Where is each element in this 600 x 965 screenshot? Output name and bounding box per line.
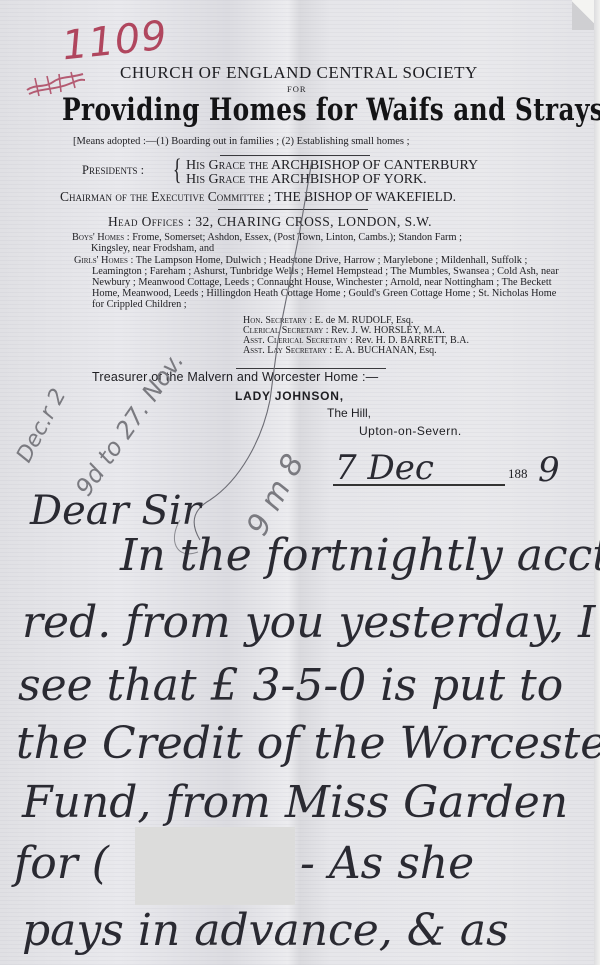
secretary-name: E. A. BUCHANAN, Esq.	[335, 345, 437, 356]
body-line: for (	[14, 838, 109, 889]
chairman-label: Chairman of the Executive Committee ;	[60, 189, 271, 204]
girls-homes: Girls' Homes : The Lampson Home, Dulwich…	[74, 255, 562, 310]
date-underline	[333, 484, 505, 486]
body-line: the Credit of the Worcestershire	[16, 718, 600, 769]
body-line: see that £ 3-5-0 is put to	[18, 660, 563, 711]
pencil-note-date: Dec.r 2	[12, 385, 71, 467]
secretary-row: Asst. Lay Secretary : E. A. BUCHANAN, Es…	[243, 346, 469, 356]
pencil-note-middle: 9 m 8	[240, 449, 312, 542]
boys-homes-list: Frome, Somerset; Ashdon, Essex, (Post To…	[132, 232, 462, 243]
redaction-box	[135, 827, 295, 905]
girls-homes-label: Girls' Homes :	[74, 255, 133, 266]
brace-icon: {	[173, 155, 182, 185]
secretary-label: Asst. Lay Secretary :	[243, 345, 332, 356]
divider	[220, 155, 370, 156]
letter-date-handwritten: 7 Dec	[335, 448, 434, 488]
secretaries-list: Hon. Secretary : E. de M. RUDOLF, Esq. C…	[243, 316, 469, 356]
year-printed: 188	[508, 466, 528, 482]
girls-homes-list: The Lampson Home, Dulwich ; Headstone Dr…	[92, 255, 559, 310]
divider	[218, 209, 368, 210]
head-offices: Head Offices : 32, CHARING CROSS, LONDON…	[108, 214, 432, 230]
treasurer-name: LADY JOHNSON,	[235, 389, 344, 403]
presidents-label: Presidents :	[82, 163, 144, 178]
address-line-2: Upton-on-Severn.	[359, 424, 462, 438]
body-line-tail: - As she	[300, 838, 474, 889]
boys-homes-label: Boys' Homes :	[72, 232, 130, 243]
address-line-1: The Hill,	[327, 406, 371, 420]
body-line: In the fortnightly acct-	[120, 530, 600, 581]
paper-edge	[594, 0, 600, 965]
chairman-line: Chairman of the Executive Committee ; TH…	[60, 189, 456, 205]
body-line: Fund, from Miss Garden	[22, 777, 568, 828]
letter-page: 1109 CHURCH OF ENGLAND CENTRAL SOCIETY F…	[0, 0, 600, 965]
chairman-name: THE BISHOP OF WAKEFIELD.	[275, 189, 457, 204]
society-name: CHURCH OF ENGLAND CENTRAL SOCIETY	[120, 63, 478, 83]
president-york: His Grace the ARCHBISHOP OF YORK.	[186, 172, 427, 188]
boys-homes-cont: Kingsley, near Frodsham, and	[91, 243, 214, 254]
society-title: Providing Homes for Waifs and Strays.	[62, 92, 600, 128]
body-line: pays in advance, & as	[22, 905, 509, 956]
means-adopted: [Means adopted :—(1) Boarding out in fam…	[73, 136, 410, 147]
body-line: red. from you yesterday, I	[22, 597, 595, 648]
head-offices-label: Head Offices :	[108, 214, 192, 229]
boys-homes: Boys' Homes : Frome, Somerset; Ashdon, E…	[72, 232, 462, 243]
head-offices-address: 32, CHARING CROSS, LONDON, S.W.	[195, 214, 432, 229]
salutation: Dear Sir	[30, 488, 201, 534]
divider	[236, 368, 386, 369]
year-handwritten: 9	[538, 450, 560, 490]
treasurer-label: Treasurer of the Malvern and Worcester H…	[92, 370, 378, 384]
archive-number: 1109	[60, 13, 170, 70]
